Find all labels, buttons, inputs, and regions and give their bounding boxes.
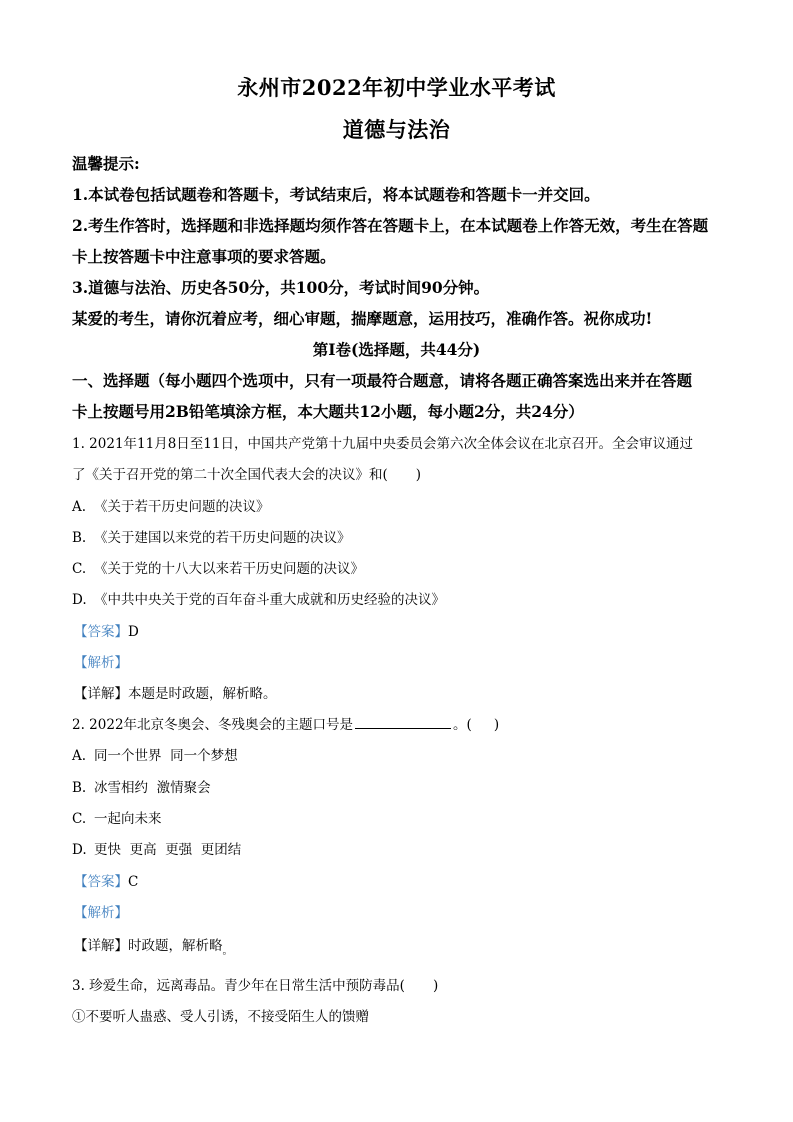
- option-label: B.: [72, 780, 94, 796]
- detail-text: 本题是时政题，解析略。: [128, 686, 277, 702]
- question-2-answer: 【答案】C: [74, 870, 138, 890]
- option-text: 一起向未来: [94, 811, 162, 827]
- question-3-paren-close: ): [433, 978, 438, 994]
- notice-item-1: 1.本试卷包括试题卷和答题卡，考试结束后，将本试题卷和答题卡一并交回。: [72, 183, 600, 205]
- question-3-stem-text: 3. 珍爱生命，远离毒品。青少年在日常生活中预防毒品(: [72, 978, 405, 994]
- notice-item-2-cont: 卡上按答题卡中注意事项的要求答题。: [72, 245, 336, 267]
- question-2-detail: 【详解】时政题，解析略。: [74, 934, 233, 957]
- question-1-option-d: D.《中共中央关于党的百年奋斗重大成就和历史经验的决议》: [72, 588, 445, 608]
- answer-label: 【答案】: [74, 874, 128, 890]
- option-text: 同一个世界 同一个梦想: [94, 748, 238, 764]
- option-text: 《关于党的十八大以来若干历史问题的决议》: [94, 561, 364, 577]
- answer-value: C: [128, 874, 138, 890]
- exam-subject: 道德与法治: [0, 114, 793, 144]
- question-2-option-b: B.冰雪相约 激情聚会: [72, 776, 211, 796]
- question-2-paren-close: ): [494, 717, 499, 733]
- detail-end-mark: 。: [223, 946, 233, 957]
- section-instructions-1: 一、选择题（每小题四个选项中，只有一项最符合题意，请将各题正确答案选出来并在答题: [72, 369, 692, 391]
- question-1-stem-line-2: 了《关于召开党的第二十次全国代表大会的决议》和(): [72, 463, 421, 483]
- option-text: 冰雪相约 激情聚会: [94, 780, 211, 796]
- question-2-analysis-label: 【解析】: [74, 901, 128, 921]
- question-2-stem-suffix: 。(: [453, 717, 472, 733]
- exam-page: 永州市2022年初中学业水平考试 道德与法治 温馨提示: 1.本试卷包括试题卷和…: [0, 0, 793, 1122]
- question-3-item-1: ①不要听人蛊惑、受人引诱，不接受陌生人的馈赠: [72, 1005, 369, 1025]
- question-3-stem: 3. 珍爱生命，远离毒品。青少年在日常生活中预防毒品(): [72, 974, 438, 994]
- question-1-stem-text: 了《关于召开党的第二十次全国代表大会的决议》和(: [72, 467, 388, 483]
- notice-item-3: 3.道德与法治、历史各50分，共100分，考试时间90分钟。: [72, 276, 489, 298]
- question-1-analysis-label: 【解析】: [74, 651, 128, 671]
- question-1-answer: 【答案】D: [74, 620, 139, 640]
- question-1-option-b: B.《关于建国以来党的若干历史问题的决议》: [72, 526, 351, 546]
- option-label: D.: [72, 592, 94, 608]
- question-2-option-a: A.同一个世界 同一个梦想: [72, 744, 238, 764]
- exam-title: 永州市2022年初中学业水平考试: [0, 72, 793, 102]
- fill-in-blank: [355, 716, 451, 729]
- notice-item-2: 2.考生作答时，选择题和非选择题均须作答在答题卡上，在本试题卷上作答无效，考生在…: [72, 214, 708, 236]
- answer-label: 【答案】: [74, 624, 128, 640]
- answer-value: D: [128, 624, 139, 640]
- question-1-detail: 【详解】本题是时政题，解析略。: [74, 682, 277, 702]
- question-1-paren-close: ): [416, 467, 421, 483]
- option-text: 更快 更高 更强 更团结: [94, 842, 241, 858]
- option-label: B.: [72, 530, 94, 546]
- notice-encouragement: 某爱的考生，请你沉着应考，细心审题，揣摩题意，运用技巧，准确作答。祝你成功!: [72, 307, 652, 329]
- question-2-option-d: D.更快 更高 更强 更团结: [72, 838, 241, 858]
- question-2-stem-text: 2. 2022年北京冬奥会、冬残奥会的主题口号是: [72, 717, 353, 733]
- question-1-option-c: C.《关于党的十八大以来若干历史问题的决议》: [72, 557, 364, 577]
- option-text: 《关于建国以来党的若干历史问题的决议》: [94, 530, 351, 546]
- question-1-stem-line-1: 1. 2021年11月8日至11日，中国共产党第十九届中央委员会第六次全体会议在…: [72, 432, 693, 452]
- option-label: D.: [72, 842, 94, 858]
- section-title: 第Ⅰ卷(选择题，共44分): [0, 338, 793, 360]
- question-2-option-c: C.一起向未来: [72, 807, 162, 827]
- section-instructions-2: 卡上按题号用2B铅笔填涂方框，本大题共12小题，每小题2分，共24分）: [72, 400, 584, 422]
- option-label: A.: [72, 499, 94, 515]
- option-label: C.: [72, 561, 94, 577]
- detail-label: 【详解】: [74, 938, 128, 954]
- option-text: 《中共中央关于党的百年奋斗重大成就和历史经验的决议》: [94, 592, 445, 608]
- option-text: 《关于若干历史问题的决议》: [94, 499, 270, 515]
- option-label: C.: [72, 811, 94, 827]
- option-label: A.: [72, 748, 94, 764]
- question-1-option-a: A.《关于若干历史问题的决议》: [72, 495, 270, 515]
- notice-heading: 温馨提示:: [72, 152, 140, 174]
- detail-label: 【详解】: [74, 686, 128, 702]
- detail-text: 时政题，解析略: [128, 938, 223, 954]
- question-2-stem: 2. 2022年北京冬奥会、冬残奥会的主题口号是。(): [72, 713, 499, 733]
